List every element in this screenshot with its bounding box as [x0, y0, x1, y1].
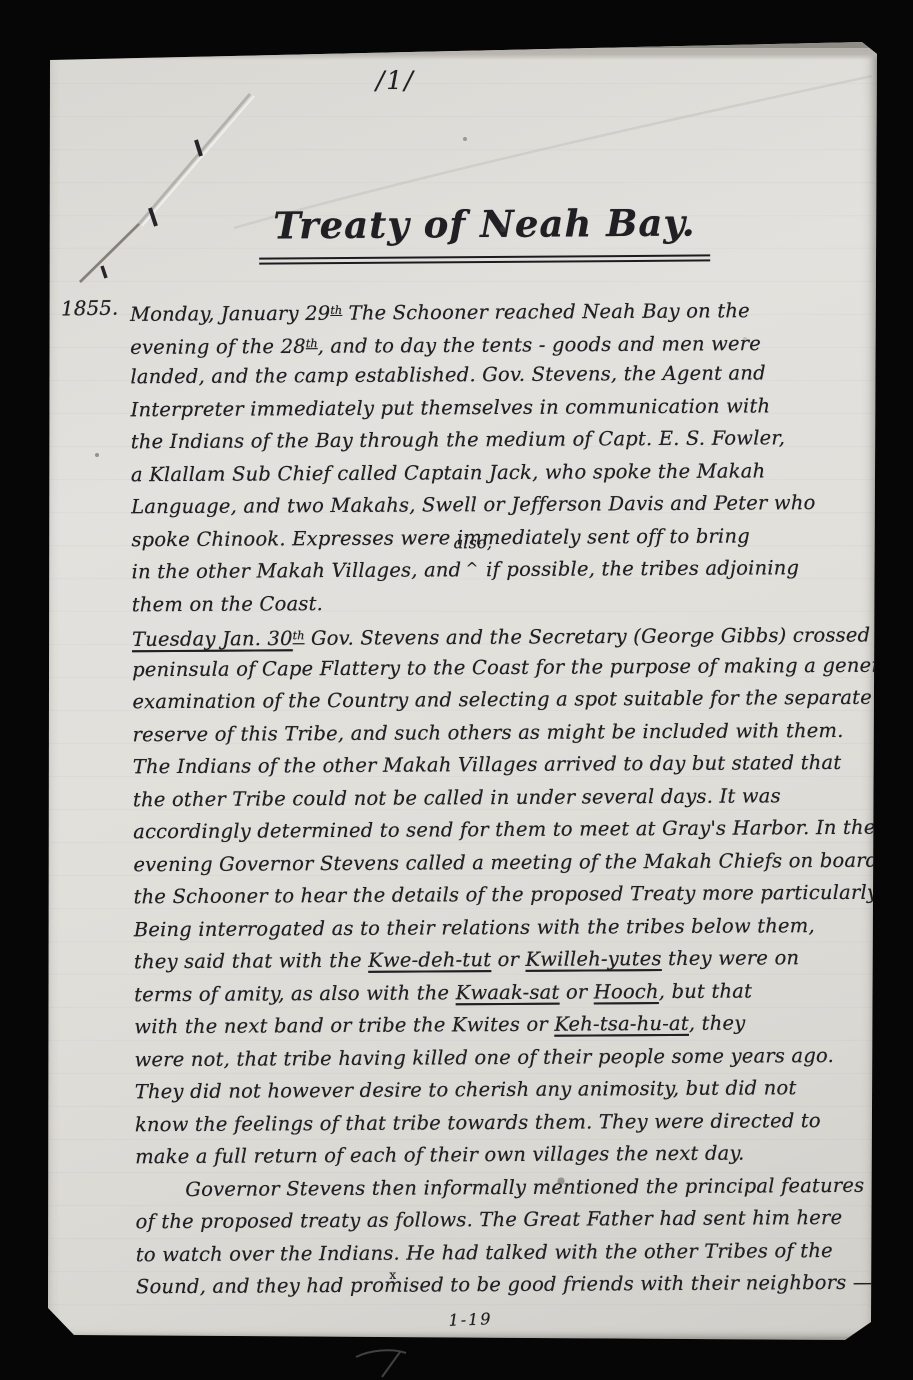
manuscript-line: in the other Makah Villages, and also,^ … [132, 552, 872, 589]
manuscript-line: peninsula of Cape Flattery to the Coast … [132, 649, 872, 686]
manuscript-line: Governor Stevens then informally mention… [135, 1169, 875, 1206]
manuscript-line: Tuesday Jan. 30th Gov. Stevens and the S… [132, 617, 872, 654]
manuscript-line: the other Tribe could not be called in u… [133, 779, 873, 816]
scanner-background: /1/ Treaty of Neah Bay. 1855. Monday, Ja… [0, 0, 913, 1380]
manuscript-segment: terms of amity, as also with the [134, 981, 456, 1006]
manuscript-segment: , but that [659, 979, 752, 1003]
correction-mark: x [389, 1259, 396, 1292]
manuscript-line: accordingly determined to send for them … [133, 812, 873, 849]
manuscript-segment: the Schooner to hear the details of the … [134, 881, 882, 909]
manuscript-page: /1/ Treaty of Neah Bay. 1855. Monday, Ja… [44, 38, 877, 1340]
manuscript-line: they said that with the Kwe-deh-tut or K… [134, 942, 874, 979]
manuscript-line: spoke Chinook. Expresses were immediatel… [131, 519, 871, 556]
manuscript-segment: Language, and two Makahs, Swell or Jeffe… [131, 491, 815, 518]
manuscript-line: them on the Coast. [132, 584, 872, 621]
manuscript-segment: Kwilleh-yutes [525, 947, 661, 971]
manuscript-segment: peninsula of Cape Flattery to the Coast … [132, 653, 899, 681]
manuscript-line: Being interrogated as to their relations… [134, 909, 874, 946]
manuscript-segment: evening of the 28 [130, 334, 306, 358]
manuscript-segment: Tuesday Jan. 30 [132, 627, 293, 651]
manuscript-segment: accordingly determined to send for them … [133, 816, 875, 844]
paper-specks [44, 38, 46, 40]
scratch-mark [350, 1345, 430, 1380]
manuscript-line: terms of amity, as also with the Kwaak-s… [134, 974, 874, 1011]
manuscript-segment: Sound, and they had [136, 1274, 350, 1298]
manuscript-line: the Indians of the Bay through the mediu… [131, 422, 871, 459]
manuscript-line: know the feelings of that tribe towards … [135, 1104, 875, 1141]
inserted-word: also,^ [468, 557, 480, 577]
manuscript-segment: evening Governor Stevens called a meetin… [133, 848, 878, 876]
manuscript-segment: Monday, January 29 [130, 302, 330, 326]
manuscript-segment: in the other Makah Villages, and [132, 558, 468, 583]
manuscript-line: evening of the 28th, and to day the tent… [130, 324, 870, 361]
manuscript-segment: spoke Chinook. Expresses were immediatel… [131, 524, 750, 551]
manuscript-segment: to watch over the Indians. He had talked… [136, 1238, 833, 1265]
manuscript-segment: Kwaak-sat [456, 980, 560, 1004]
manuscript-segment: a Klallam Sub Chief called Captain Jack,… [131, 459, 765, 486]
manuscript-segment: th [293, 629, 305, 642]
manuscript-line: make a full return of each of their own … [135, 1137, 875, 1174]
manuscript-segment: of the proposed treaty as follows. The G… [136, 1206, 843, 1233]
manuscript-line: with the next band or tribe the Kwites o… [134, 1007, 874, 1044]
manuscript-segment: , they [689, 1012, 746, 1035]
manuscript-segment: to be good friends with their neighbors … [444, 1271, 873, 1297]
page-number-mark: /1/ [376, 66, 415, 95]
manuscript-segment: if possible, the tribes adjoining [480, 556, 800, 581]
manuscript-segment: reserve of this Tribe, and such others a… [133, 718, 844, 745]
manuscript-segment: they said that with the [134, 949, 368, 973]
manuscript-line: examination of the Country and selecting… [132, 682, 872, 719]
manuscript-line: Language, and two Makahs, Swell or Jeffe… [131, 487, 871, 524]
manuscript-segment: landed, and the camp established. Gov. S… [130, 361, 766, 388]
document-title-wrap: Treaty of Neah Bay. [68, 199, 901, 266]
manuscript-segment: promisedx [350, 1273, 444, 1297]
manuscript-line: to watch over the Indians. He had talked… [136, 1234, 876, 1271]
manuscript-line: the Schooner to hear the details of the … [134, 877, 874, 914]
manuscript-segment: Kwe-deh-tut [368, 948, 491, 972]
manuscript-segment: Interpreter immediately put themselves i… [131, 394, 771, 421]
manuscript-segment: Hooch [594, 980, 659, 1003]
manuscript-line: were not, that tribe having killed one o… [134, 1039, 874, 1076]
manuscript-segment: know the feelings of that tribe towards … [135, 1109, 821, 1136]
manuscript-segment: , and to day the tents - goods and men w… [318, 332, 761, 358]
margin-year: 1855. [61, 296, 119, 321]
document-title: Treaty of Neah Bay. [259, 200, 710, 264]
manuscript-segment: them on the Coast. [132, 592, 323, 616]
manuscript-segment: or [491, 948, 525, 971]
manuscript-segment: make a full return of each of their own … [135, 1142, 744, 1169]
manuscript-line: Monday, January 29th The Schooner reache… [130, 292, 870, 329]
manuscript-segment: or [559, 980, 593, 1003]
manuscript-line: They did not however desire to cherish a… [135, 1072, 875, 1109]
manuscript-line: evening Governor Stevens called a meetin… [133, 844, 873, 881]
manuscript-segment: Keh-tsa-hu-at [554, 1012, 689, 1036]
manuscript-text: Monday, January 29th The Schooner reache… [130, 292, 876, 1304]
manuscript-segment: examination of the Country and selecting… [132, 686, 872, 714]
manuscript-segment: Gov. Stevens and the Secretary (George G… [304, 623, 909, 650]
manuscript-line: Sound, and they had promisedx to be good… [136, 1267, 876, 1304]
manuscript-segment: with the next band or tribe the Kwites o… [134, 1013, 554, 1039]
manuscript-segment: Governor Stevens then informally mention… [185, 1173, 864, 1200]
manuscript-segment: were not, that tribe having killed one o… [135, 1043, 835, 1070]
manuscript-line: Interpreter immediately put themselves i… [131, 389, 871, 426]
manuscript-segment: They did not however desire to cherish a… [135, 1076, 797, 1103]
manuscript-segment: they were on [662, 946, 800, 970]
manuscript-line: reserve of this Tribe, and such others a… [133, 714, 873, 751]
manuscript-line: of the proposed treaty as follows. The G… [135, 1202, 875, 1239]
manuscript-segment: the other Tribe could not be called in u… [133, 784, 781, 811]
manuscript-segment: Being interrogated as to their relations… [134, 914, 815, 941]
manuscript-segment: th [306, 337, 318, 350]
manuscript-segment: The Indians of the other Makah Villages … [133, 751, 842, 778]
manuscript-line: a Klallam Sub Chief called Captain Jack,… [131, 454, 871, 491]
manuscript-line: landed, and the camp established. Gov. S… [130, 357, 870, 394]
manuscript-segment: th [330, 304, 342, 317]
manuscript-line: The Indians of the other Makah Villages … [133, 747, 873, 784]
manuscript-segment: The Schooner reached Neah Bay on the [342, 299, 750, 324]
manuscript-segment: the Indians of the Bay through the mediu… [131, 426, 785, 453]
